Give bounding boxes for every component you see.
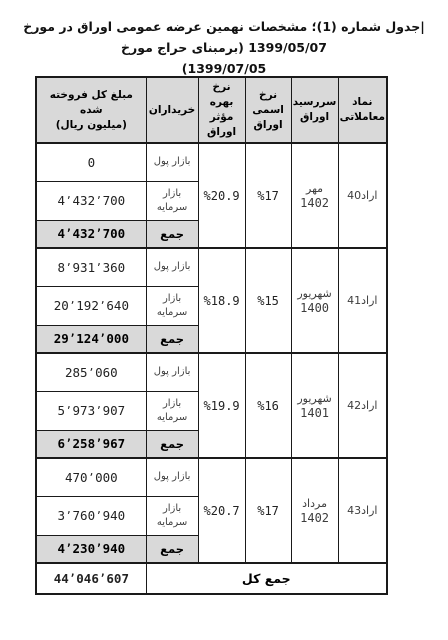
maturity-cell: شهریور 1400 (291, 248, 338, 353)
maturity-cell: مهر 1402 (291, 143, 338, 248)
buyer-type-cell: بازار سرمایه (146, 286, 198, 325)
col-header-buyers: خریداران (146, 77, 198, 143)
symbol-cell: اراد42 (338, 353, 387, 458)
buyer-type-cell: بازار پول (146, 353, 198, 391)
subtotal-amount-cell: 4٬230٬940 (36, 535, 146, 563)
bonds-auction-table: نماد معاملاتی سررسید اوراق نرخ اسمی اورا… (35, 76, 388, 595)
amount-cell: 285٬060 (36, 353, 146, 391)
document-title: |جدول شماره (1)؛ مشخصات نهمین عرضه عمومی… (9, 16, 439, 79)
maturity-cell: شهریور 1401 (291, 353, 338, 458)
effective-rate-cell: %20.7 (198, 458, 245, 563)
amount-cell: 3٬760٬940 (36, 496, 146, 535)
buyer-type-cell: بازار سرمایه (146, 496, 198, 535)
effective-rate-cell: %19.9 (198, 353, 245, 458)
table-row: اراد42 شهریور 1401 %16 %19.9 بازار پول 2… (36, 353, 387, 391)
buyer-type-cell: بازار سرمایه (146, 391, 198, 430)
nominal-rate-cell: %17 (245, 143, 291, 248)
amount-cell: 5٬973٬907 (36, 391, 146, 430)
subtotal-amount-cell: 29٬124٬000 (36, 325, 146, 353)
amount-cell: 8٬931٬360 (36, 248, 146, 286)
col-header-amount: مبلغ کل فروخته شده (میلیون ریال) (36, 77, 146, 143)
subtotal-amount-cell: 4٬432٬700 (36, 220, 146, 248)
col-header-symbol: نماد معاملاتی (338, 77, 387, 143)
subtotal-label-cell: جمع (146, 430, 198, 458)
maturity-cell: مرداد 1402 (291, 458, 338, 563)
grand-total-label: جمع کل (146, 563, 387, 594)
table-row: اراد43 مرداد 1402 %17 %20.7 بازار پول 47… (36, 458, 387, 496)
buyer-type-cell: بازار پول (146, 143, 198, 181)
amount-cell: 470٬000 (36, 458, 146, 496)
subtotal-label-cell: جمع (146, 325, 198, 353)
table-row: اراد41 شهریور 1400 %15 %18.9 بازار پول 8… (36, 248, 387, 286)
amount-cell: 20٬192٬640 (36, 286, 146, 325)
amount-cell: 4٬432٬700 (36, 181, 146, 220)
col-header-effective-rate: نرخ بهره مؤثر اوراق (198, 77, 245, 143)
buyer-type-cell: بازار سرمایه (146, 181, 198, 220)
symbol-cell: اراد40 (338, 143, 387, 248)
buyer-type-cell: بازار پول (146, 458, 198, 496)
nominal-rate-cell: %17 (245, 458, 291, 563)
effective-rate-cell: %20.9 (198, 143, 245, 248)
title-line-1: |جدول شماره (1)؛ مشخصات نهمین عرضه عمومی… (9, 16, 439, 58)
symbol-cell: اراد41 (338, 248, 387, 353)
buyer-type-cell: بازار پول (146, 248, 198, 286)
subtotal-label-cell: جمع (146, 535, 198, 563)
nominal-rate-cell: %15 (245, 248, 291, 353)
table-row: اراد40 مهر 1402 %17 %20.9 بازار پول 0 (36, 143, 387, 181)
col-header-nominal-rate: نرخ اسمی اوراق (245, 77, 291, 143)
nominal-rate-cell: %16 (245, 353, 291, 458)
table-header-row: نماد معاملاتی سررسید اوراق نرخ اسمی اورا… (36, 77, 387, 143)
subtotal-amount-cell: 6٬258٬967 (36, 430, 146, 458)
symbol-cell: اراد43 (338, 458, 387, 563)
subtotal-label-cell: جمع (146, 220, 198, 248)
effective-rate-cell: %18.9 (198, 248, 245, 353)
amount-cell: 0 (36, 143, 146, 181)
col-header-maturity: سررسید اوراق (291, 77, 338, 143)
grand-total-row: جمع کل 44٬046٬607 (36, 563, 387, 594)
grand-total-amount: 44٬046٬607 (36, 563, 146, 594)
